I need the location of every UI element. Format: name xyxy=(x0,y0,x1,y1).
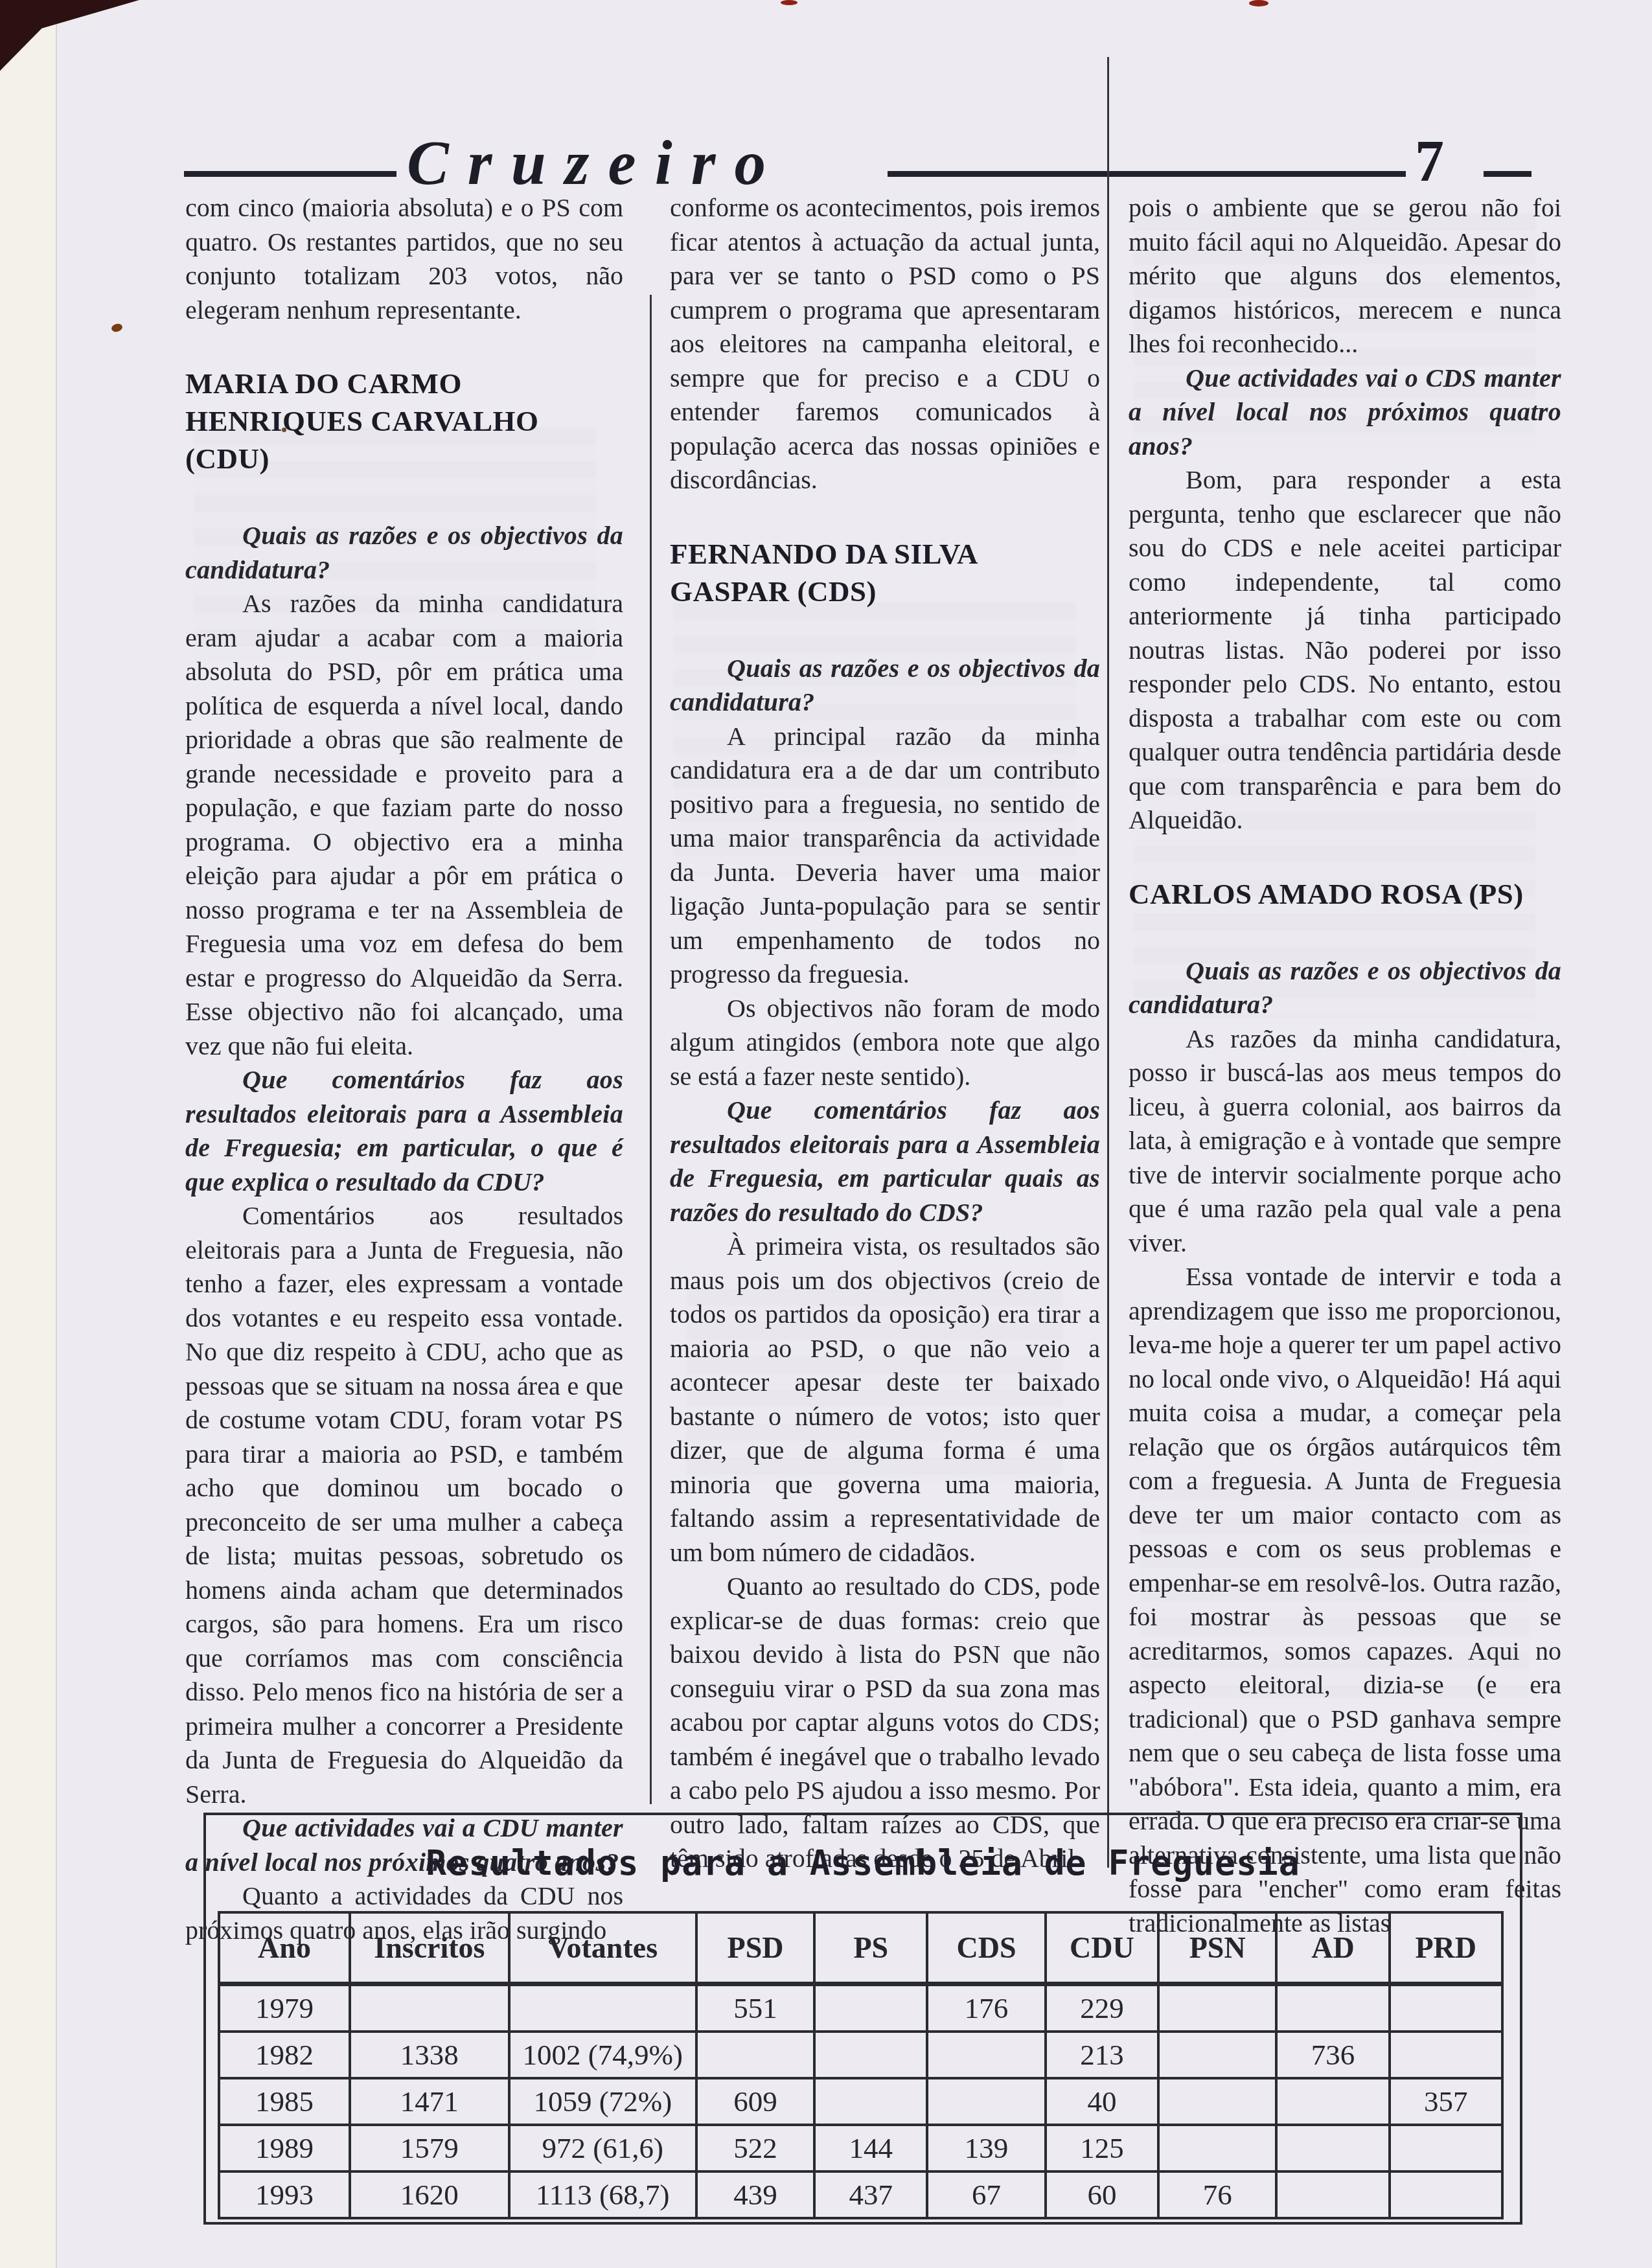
paragraph: À primeira vista, os resultados são maus… xyxy=(670,1230,1100,1570)
table-cell xyxy=(1158,1984,1276,2032)
results-header-row: AnoInscritosVotantesPSDPSCDSCDUPSNADPRD xyxy=(219,1912,1502,1984)
table-cell xyxy=(1158,2032,1276,2078)
table-cell xyxy=(1390,2125,1502,2171)
header-cell: AD xyxy=(1276,1912,1389,1984)
table-row: 198514711059 (72%)60940357 xyxy=(219,2078,1502,2125)
table-cell: 357 xyxy=(1390,2078,1502,2125)
table-cell: 736 xyxy=(1276,2032,1389,2078)
table-cell: 437 xyxy=(814,2171,927,2218)
header-rule-right xyxy=(888,171,1406,177)
header-cell: PRD xyxy=(1390,1912,1502,1984)
table-cell: 609 xyxy=(696,2078,814,2125)
newspaper-column-2: conforme os acontecimentos, pois iremos … xyxy=(670,191,1100,1876)
table-cell: 1471 xyxy=(350,2078,509,2125)
header-cell: PS xyxy=(814,1912,927,1984)
table-cell: 972 (61,6) xyxy=(509,2125,696,2171)
results-table-body: 1979551176229198213381002 (74,9%)2137361… xyxy=(219,1984,1502,2219)
paragraph: As razões da minha candidatura eram ajud… xyxy=(185,587,623,1063)
newspaper-column-1: com cinco (maioria absoluta) e o PS com … xyxy=(185,191,623,1947)
ink-speck xyxy=(781,0,797,5)
interview-question: Que actividades vai o CDS manter a nível… xyxy=(1129,361,1561,464)
table-cell: 1982 xyxy=(219,2032,350,2078)
table-cell: 213 xyxy=(1046,2032,1158,2078)
table-cell xyxy=(1276,2125,1389,2171)
section-heading: FERNANDO DA SILVA GASPAR (CDS) xyxy=(670,535,1100,610)
table-cell: 229 xyxy=(1046,1984,1158,2032)
table-cell: 40 xyxy=(1046,2078,1158,2125)
paragraph: conforme os acontecimentos, pois iremos … xyxy=(670,191,1100,498)
table-cell xyxy=(696,2032,814,2078)
paragraph: As razões da minha candidatura, posso ir… xyxy=(1129,1022,1561,1261)
scanner-edge-strip xyxy=(0,0,57,2268)
table-cell xyxy=(1390,1984,1502,2032)
section-heading: MARIA DO CARMO HENRIQUES CARVALHO (CDU) xyxy=(185,365,623,477)
header-rule-dash xyxy=(1484,171,1532,177)
paragraph: com cinco (maioria absoluta) e o PS com … xyxy=(185,191,623,327)
page-number: 7 xyxy=(1415,128,1444,195)
table-cell xyxy=(814,2032,927,2078)
paragraph: Os objectivos não foram de modo algum at… xyxy=(670,992,1100,1094)
table-cell xyxy=(814,1984,927,2032)
table-cell xyxy=(509,1984,696,2032)
table-row: 1979551176229 xyxy=(219,1984,1502,2032)
results-table: AnoInscritosVotantesPSDPSCDSCDUPSNADPRD … xyxy=(218,1911,1504,2219)
table-cell: 1979 xyxy=(219,1984,350,2032)
table-cell: 1989 xyxy=(219,2125,350,2171)
table-row: 199316201113 (68,7)439437676076 xyxy=(219,2171,1502,2218)
table-cell: 1620 xyxy=(350,2171,509,2218)
header-cell: CDU xyxy=(1046,1912,1158,1984)
table-cell xyxy=(814,2078,927,2125)
column-divider xyxy=(650,295,652,1804)
table-cell: 551 xyxy=(696,1984,814,2032)
table-cell: 139 xyxy=(927,2125,1045,2171)
header-cell: CDS xyxy=(927,1912,1045,1984)
table-cell: 176 xyxy=(927,1984,1045,2032)
header-cell: PSN xyxy=(1158,1912,1276,1984)
table-cell xyxy=(1276,1984,1389,2032)
table-cell: 439 xyxy=(696,2171,814,2218)
ink-speck xyxy=(1249,0,1268,6)
header-rule-left xyxy=(184,171,396,177)
interview-question: Que comentários faz aos resultados eleit… xyxy=(670,1094,1100,1230)
table-cell: 76 xyxy=(1158,2171,1276,2218)
results-table-box: Resultados para a Assembleia de Freguesi… xyxy=(203,1813,1522,2225)
table-cell xyxy=(1276,2171,1389,2218)
table-cell xyxy=(1390,2032,1502,2078)
paragraph: A principal razão da minha candidatura e… xyxy=(670,720,1100,992)
paragraph: pois o ambiente que se gerou não foi mui… xyxy=(1129,191,1561,361)
table-cell: 1338 xyxy=(350,2032,509,2078)
newspaper-column-3: pois o ambiente que se gerou não foi mui… xyxy=(1129,191,1561,1940)
table-cell: 1113 (68,7) xyxy=(509,2171,696,2218)
table-title: Resultados para a Assembleia de Freguesi… xyxy=(206,1844,1520,1883)
paragraph: Comentários aos resultados eleitorais pa… xyxy=(185,1199,623,1811)
table-cell xyxy=(1158,2125,1276,2171)
table-cell: 60 xyxy=(1046,2171,1158,2218)
table-cell xyxy=(1276,2078,1389,2125)
header-cell: Inscritos xyxy=(350,1912,509,1984)
table-cell xyxy=(927,2032,1045,2078)
interview-question: Quais as razões e os objectivos da candi… xyxy=(670,652,1100,720)
interview-question: Quais as razões e os objectivos da candi… xyxy=(1129,954,1561,1022)
table-cell: 1002 (74,9%) xyxy=(509,2032,696,2078)
table-cell xyxy=(1158,2078,1276,2125)
header-cell: Votantes xyxy=(509,1912,696,1984)
masthead-title: Cruzeiro xyxy=(407,127,785,199)
table-cell xyxy=(1390,2171,1502,2218)
table-cell: 522 xyxy=(696,2125,814,2171)
paragraph: Bom, para responder a esta pergunta, ten… xyxy=(1129,463,1561,838)
table-row: 198213381002 (74,9%)213736 xyxy=(219,2032,1502,2078)
table-cell xyxy=(927,2078,1045,2125)
table-cell: 1579 xyxy=(350,2125,509,2171)
column-divider xyxy=(1107,57,1109,1868)
interview-question: Que comentários faz aos resultados eleit… xyxy=(185,1063,623,1199)
table-cell xyxy=(350,1984,509,2032)
header-cell: Ano xyxy=(219,1912,350,1984)
table-cell: 1985 xyxy=(219,2078,350,2125)
table-cell: 67 xyxy=(927,2171,1045,2218)
table-cell: 125 xyxy=(1046,2125,1158,2171)
interview-question: Quais as razões e os objectivos da candi… xyxy=(185,519,623,587)
table-cell: 1059 (72%) xyxy=(509,2078,696,2125)
table-cell: 144 xyxy=(814,2125,927,2171)
header-cell: PSD xyxy=(696,1912,814,1984)
table-row: 19891579972 (61,6)522144139125 xyxy=(219,2125,1502,2171)
table-cell: 1993 xyxy=(219,2171,350,2218)
ink-speck xyxy=(111,323,124,333)
section-heading: CARLOS AMADO ROSA (PS) xyxy=(1129,875,1561,913)
